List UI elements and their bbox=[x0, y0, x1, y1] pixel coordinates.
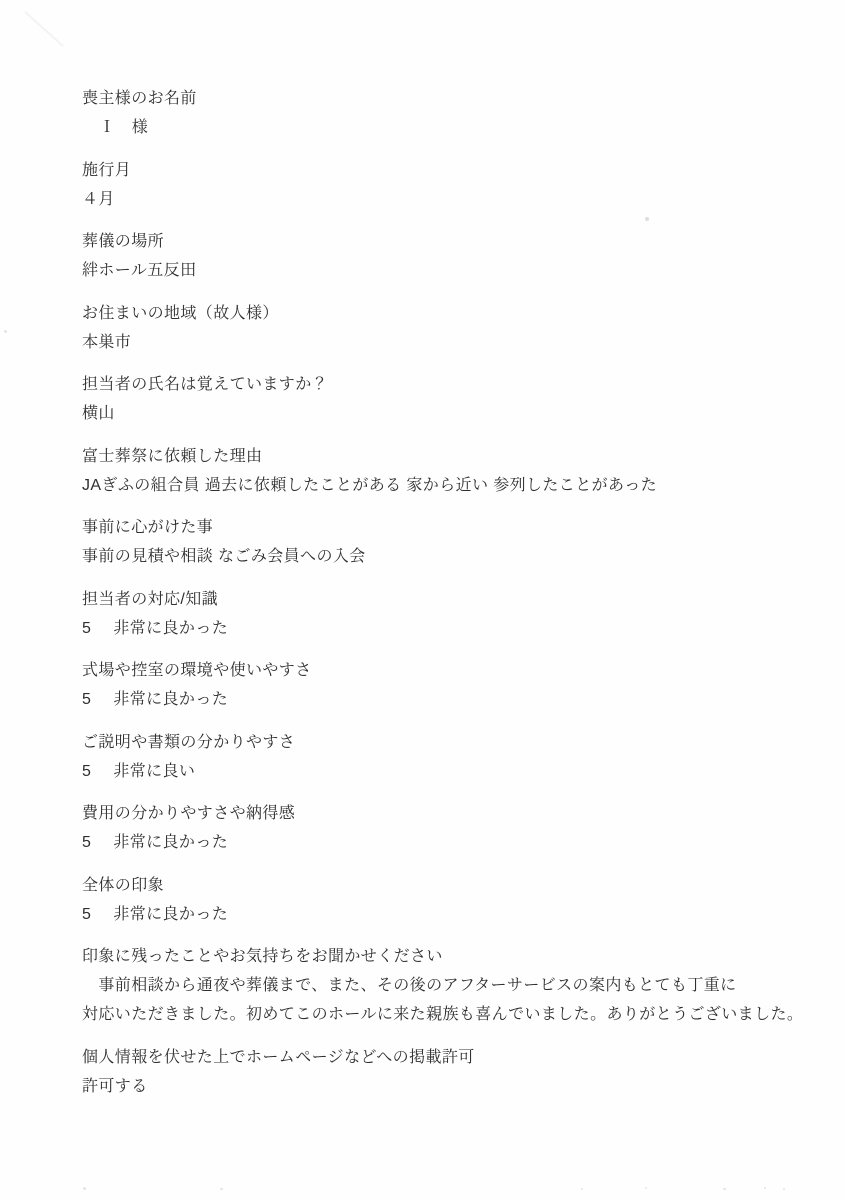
comment-line: 事前相談から通夜や葬儀まで、また、その後のアフターサービスの案内もとても丁重に bbox=[82, 971, 814, 1000]
field-label: 個人情報を伏せた上でホームページなどへの掲載許可 bbox=[82, 1043, 814, 1072]
field-free-comment: 印象に残ったことやお気持ちをお聞かせください 事前相談から通夜や葬儀まで、また、… bbox=[82, 942, 814, 1029]
scan-artifact bbox=[220, 1188, 223, 1190]
field-staff-name: 担当者の氏名は覚えていますか？ 横山 bbox=[82, 370, 814, 428]
field-value: 事前の見積や相談 なごみ会員への入会 bbox=[82, 542, 814, 571]
rating-text: 非常に良い bbox=[113, 763, 195, 780]
field-rating-line: 5非常に良かった bbox=[82, 900, 814, 929]
field-advance-preparation: 事前に心がけた事 事前の見積や相談 なごみ会員への入会 bbox=[82, 513, 814, 571]
field-label: 全体の印象 bbox=[82, 871, 814, 900]
field-rating-staff-knowledge: 担当者の対応/知識 5非常に良かった bbox=[82, 585, 814, 643]
field-rating-line: 5非常に良かった bbox=[82, 685, 814, 714]
field-rating-cost: 費用の分かりやすさや納得感 5非常に良かった bbox=[82, 799, 814, 857]
field-mourner-name: 喪主様のお名前 Ｉ 様 bbox=[82, 84, 814, 142]
field-value: JAぎふの組合員 過去に依頼したことがある 家から近い 参列したことがあった bbox=[82, 471, 814, 500]
field-label: 担当者の対応/知識 bbox=[82, 585, 814, 614]
field-rating-line: 5非常に良かった bbox=[82, 614, 814, 643]
field-service-month: 施行月 ４月 bbox=[82, 156, 814, 214]
field-rating-venue: 式場や控室の環境や使いやすさ 5非常に良かった bbox=[82, 656, 814, 714]
field-value: 絆ホール五反田 bbox=[82, 256, 814, 285]
field-value: 本巣市 bbox=[82, 328, 814, 357]
rating-text: 非常に良かった bbox=[113, 906, 228, 923]
field-funeral-place: 葬儀の場所 絆ホール五反田 bbox=[82, 227, 814, 285]
rating-number: 5 bbox=[82, 828, 91, 857]
field-residence-area: お住まいの地域（故人様） 本巣市 bbox=[82, 299, 814, 357]
field-label: 喪主様のお名前 bbox=[82, 84, 814, 113]
field-label: 担当者の氏名は覚えていますか？ bbox=[82, 370, 814, 399]
scan-artifact bbox=[83, 1187, 86, 1190]
field-publication-permission: 個人情報を伏せた上でホームページなどへの掲載許可 許可する bbox=[82, 1043, 814, 1101]
field-reason-for-request: 富士葬祭に依頼した理由 JAぎふの組合員 過去に依頼したことがある 家から近い … bbox=[82, 442, 814, 500]
field-label: 施行月 bbox=[82, 156, 814, 185]
scan-artifact bbox=[645, 1187, 647, 1189]
rating-text: 非常に良かった bbox=[113, 834, 228, 851]
field-label: ご説明や書類の分かりやすさ bbox=[82, 728, 814, 757]
field-value: 許可する bbox=[82, 1072, 814, 1101]
field-label: お住まいの地域（故人様） bbox=[82, 299, 814, 328]
field-label: 葬儀の場所 bbox=[82, 227, 814, 256]
rating-text: 非常に良かった bbox=[113, 620, 228, 637]
scan-artifact bbox=[4, 330, 7, 333]
scan-artifact bbox=[723, 1188, 726, 1190]
scan-artifact bbox=[783, 1188, 785, 1190]
field-label: 事前に心がけた事 bbox=[82, 513, 814, 542]
scanned-survey-page: 喪主様のお名前 Ｉ 様 施行月 ４月 葬儀の場所 絆ホール五反田 お住まいの地域… bbox=[0, 0, 844, 1200]
field-label: 印象に残ったことやお気持ちをお聞かせください bbox=[82, 942, 814, 971]
field-label: 式場や控室の環境や使いやすさ bbox=[82, 656, 814, 685]
scan-artifact bbox=[581, 1188, 583, 1190]
rating-number: 5 bbox=[82, 757, 91, 786]
rating-text: 非常に良かった bbox=[113, 691, 228, 708]
comment-line: 対応いただきました。初めてこのホールに来た親族も喜んでいました。ありがとうござい… bbox=[82, 1000, 814, 1029]
field-rating-line: 5非常に良い bbox=[82, 757, 814, 786]
field-rating-explanation: ご説明や書類の分かりやすさ 5非常に良い bbox=[82, 728, 814, 786]
field-value: ４月 bbox=[82, 185, 814, 214]
field-value: 横山 bbox=[82, 399, 814, 428]
survey-content: 喪主様のお名前 Ｉ 様 施行月 ４月 葬儀の場所 絆ホール五反田 お住まいの地域… bbox=[82, 84, 814, 1114]
field-label: 富士葬祭に依頼した理由 bbox=[82, 442, 814, 471]
field-value: Ｉ 様 bbox=[82, 113, 814, 142]
rating-number: 5 bbox=[82, 900, 91, 929]
field-rating-overall: 全体の印象 5非常に良かった bbox=[82, 871, 814, 929]
field-rating-line: 5非常に良かった bbox=[82, 828, 814, 857]
scan-artifact bbox=[764, 1187, 766, 1189]
rating-number: 5 bbox=[82, 685, 91, 714]
rating-number: 5 bbox=[82, 614, 91, 643]
field-label: 費用の分かりやすさや納得感 bbox=[82, 799, 814, 828]
scan-artifact bbox=[24, 11, 64, 47]
